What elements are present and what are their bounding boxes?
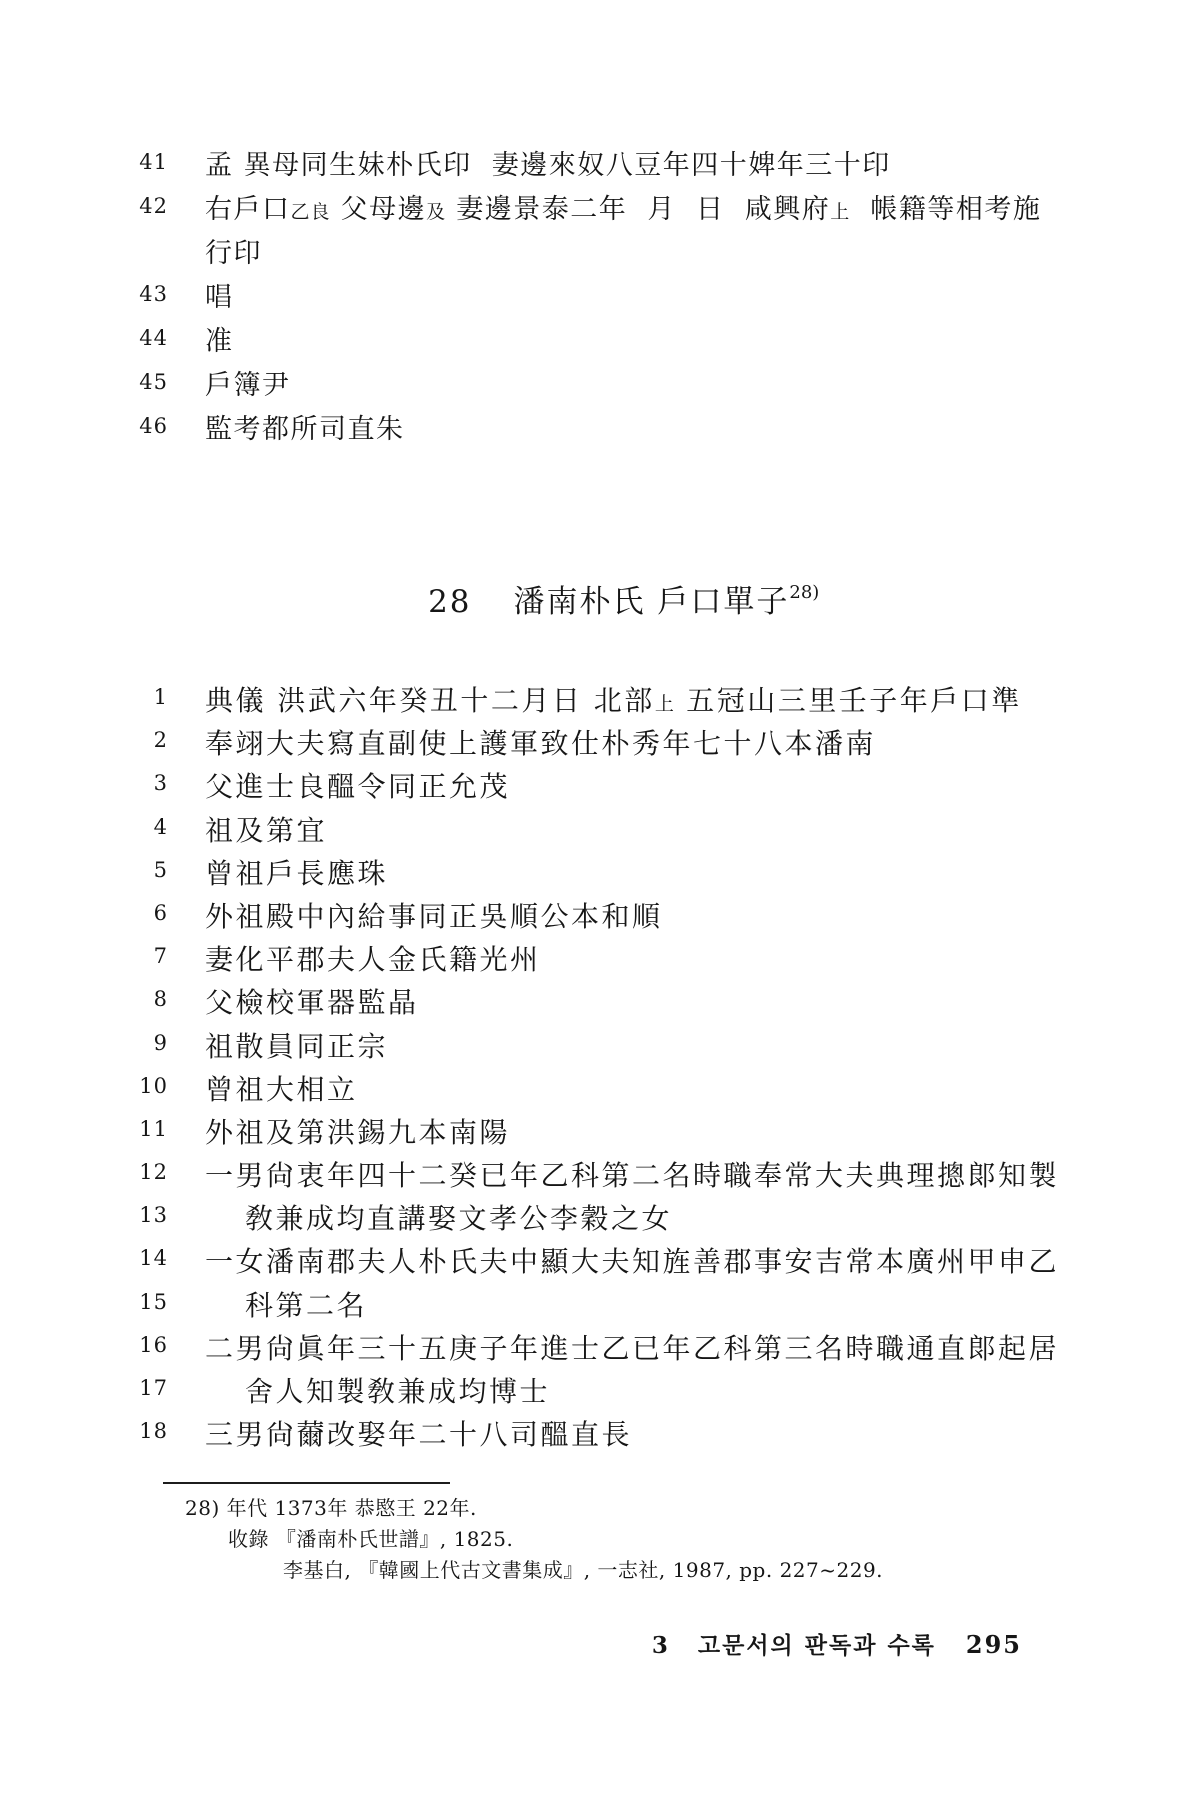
text-segment: 父進士良醞令同正允茂 xyxy=(205,770,510,803)
previous-document-transcription-block: 41孟 異母同生妹朴氏印 妻邊來奴八豆年四十婢年三十印42右戶口乙良 父母邊及 … xyxy=(0,146,1200,454)
line-text: 曾祖戶長應珠 xyxy=(205,854,1160,895)
line-text: 行印 xyxy=(205,234,1160,273)
text-segment: 科第二名 xyxy=(245,1289,367,1322)
transcription-line: 9祖散員同正宗 xyxy=(0,1027,1200,1070)
text-segment: 曾祖大相立 xyxy=(205,1073,358,1106)
line-text: 敎兼成均直講娶文孝公李穀之女 xyxy=(245,1199,1160,1240)
line-text: 祖及第宜 xyxy=(205,811,1160,852)
line-number: 14 xyxy=(128,1242,168,1276)
line-number: 15 xyxy=(128,1286,168,1320)
line-number: 17 xyxy=(128,1372,168,1406)
transcription-line: 45戶簿尹 xyxy=(0,366,1200,410)
text-segment: 奉翊大夫寫直副使上護軍致仕朴秀年七十八本潘南 xyxy=(205,727,876,760)
text-segment: 一女潘南郡夫人朴氏夫中顯大夫知旌善郡事安吉常本廣州甲申乙 xyxy=(205,1245,1059,1278)
line-text: 外祖殿中內給事同正吳順公本和順 xyxy=(205,897,1160,938)
text-segment: 右戶口 xyxy=(205,194,291,225)
line-text: 祖散員同正宗 xyxy=(205,1027,1160,1068)
transcription-line: 3父進士良醞令同正允茂 xyxy=(0,767,1200,810)
text-segment: 戶簿尹 xyxy=(205,370,291,401)
transcription-line: 12一男尙衷年四十二癸已年乙科第二名時職奉常大夫典理摠郞知製 xyxy=(0,1156,1200,1199)
footnote-text: 李基白, 『韓國上代古文書集成』, 一志社, 1987, pp. 227~229… xyxy=(283,1554,883,1583)
line-text: 典儀 洪武六年癸丑十二月日 北部上 五冠山三里壬子年戶口準 xyxy=(205,681,1160,722)
transcription-line: 16二男尙眞年三十五庚子年進士乙已年乙科第三名時職通直郞起居 xyxy=(0,1329,1200,1372)
text-segment: 曾祖戶長應珠 xyxy=(205,857,388,890)
line-text: 妻化平郡夫人金氏籍光州 xyxy=(205,940,1160,981)
line-text: 孟 異母同生妹朴氏印 妻邊來奴八豆年四十婢年三十印 xyxy=(205,146,1160,185)
line-text: 戶簿尹 xyxy=(205,366,1160,405)
text-segment: 父檢校軍器監晶 xyxy=(205,986,419,1019)
line-number: 46 xyxy=(128,410,168,444)
transcription-line: 18三男尙薾改娶年二十八司醞直長 xyxy=(0,1415,1200,1458)
line-number: 5 xyxy=(128,854,168,888)
line-text: 二男尙眞年三十五庚子年進士乙已年乙科第三名時職通直郞起居 xyxy=(205,1329,1160,1370)
text-segment: 祖散員同正宗 xyxy=(205,1030,388,1063)
line-text: 奉翊大夫寫直副使上護軍致仕朴秀年七十八本潘南 xyxy=(205,724,1160,765)
transcription-line: 14一女潘南郡夫人朴氏夫中顯大夫知旌善郡事安吉常本廣州甲申乙 xyxy=(0,1242,1200,1285)
line-number: 4 xyxy=(128,811,168,845)
document-number: 28 xyxy=(428,584,471,620)
footnote-line: 收錄 『潘南朴氏世譜』, 1825. xyxy=(0,1523,1200,1554)
text-segment: 帳籍等相考施 xyxy=(850,194,1041,225)
footnote-separator-rule xyxy=(163,1482,450,1484)
chapter-number: 3 xyxy=(652,1632,670,1659)
line-number: 41 xyxy=(128,146,168,180)
line-text: 三男尙薾改娶年二十八司醞直長 xyxy=(205,1415,1160,1456)
transcription-line: 4祖及第宜 xyxy=(0,811,1200,854)
transcription-line: 行印 xyxy=(0,234,1200,278)
text-segment: 妻邊景泰二年 月 日 咸興府 xyxy=(446,194,830,225)
line-text: 唱 xyxy=(205,278,1160,317)
line-text: 父檢校軍器監晶 xyxy=(205,983,1160,1024)
idu-small-gloss: 上 xyxy=(655,693,675,715)
line-number: 18 xyxy=(128,1415,168,1449)
transcription-line: 10曾祖大相立 xyxy=(0,1070,1200,1113)
text-segment: 五冠山三里壬子年戶口準 xyxy=(675,684,1022,717)
transcription-line: 15科第二名 xyxy=(0,1286,1200,1329)
document-transcription-block: 1典儀 洪武六年癸丑十二月日 北部上 五冠山三里壬子年戶口準2奉翊大夫寫直副使上… xyxy=(0,681,1200,1458)
footnote-text: 收錄 『潘南朴氏世譜』, 1825. xyxy=(228,1523,513,1552)
line-text: 一女潘南郡夫人朴氏夫中顯大夫知旌善郡事安吉常本廣州甲申乙 xyxy=(205,1242,1160,1283)
line-text: 右戶口乙良 父母邊及 妻邊景泰二年 月 日 咸興府上 帳籍等相考施 xyxy=(205,190,1160,229)
line-number: 12 xyxy=(128,1156,168,1190)
transcription-line: 17舍人知製敎兼成均博士 xyxy=(0,1372,1200,1415)
line-text: 監考都所司直朱 xyxy=(205,410,1160,449)
line-number: 13 xyxy=(128,1199,168,1233)
text-segment: 監考都所司直朱 xyxy=(205,414,405,445)
transcription-line: 7妻化平郡夫人金氏籍光州 xyxy=(0,940,1200,983)
line-text: 父進士良醞令同正允茂 xyxy=(205,767,1160,808)
line-number: 42 xyxy=(128,190,168,224)
text-segment: 外祖殿中內給事同正吳順公本和順 xyxy=(205,900,663,933)
line-text: 外祖及第洪錫九本南陽 xyxy=(205,1113,1160,1154)
idu-small-gloss: 乙良 xyxy=(291,201,331,223)
idu-small-gloss: 及 xyxy=(426,201,446,223)
footnote-line: 李基白, 『韓國上代古文書集成』, 一志社, 1987, pp. 227~229… xyxy=(0,1554,1200,1585)
line-text: 曾祖大相立 xyxy=(205,1070,1160,1111)
text-segment: 舍人知製敎兼成均博士 xyxy=(245,1375,550,1408)
page-number: 295 xyxy=(966,1630,1022,1659)
line-number: 7 xyxy=(128,940,168,974)
book-page: 41孟 異母同生妹朴氏印 妻邊來奴八豆年四十婢年三十印42右戶口乙良 父母邊及 … xyxy=(0,0,1200,1800)
text-segment: 二男尙眞年三十五庚子年進士乙已年乙科第三名時職通直郞起居 xyxy=(205,1332,1059,1365)
line-number: 9 xyxy=(128,1027,168,1061)
line-number: 10 xyxy=(128,1070,168,1104)
idu-small-gloss: 上 xyxy=(830,201,850,223)
line-text: 科第二名 xyxy=(245,1286,1160,1327)
line-number: 2 xyxy=(128,724,168,758)
footnote-reference-marker: 28) xyxy=(789,582,819,603)
line-text: 舍人知製敎兼成均博士 xyxy=(245,1372,1160,1413)
text-segment: 妻化平郡夫人金氏籍光州 xyxy=(205,943,541,976)
transcription-line: 46監考都所司直朱 xyxy=(0,410,1200,454)
line-number: 45 xyxy=(128,366,168,400)
transcription-line: 1典儀 洪武六年癸丑十二月日 北部上 五冠山三里壬子年戶口準 xyxy=(0,681,1200,724)
text-segment: 典儀 洪武六年癸丑十二月日 北部 xyxy=(205,684,655,717)
footnote-line: 28) 年代 1373年 恭愍王 22年. xyxy=(0,1492,1200,1523)
document-title-text: 潘南朴氏 戶口單子 xyxy=(514,584,790,620)
chapter-title: 고문서의 판독과 수록 xyxy=(698,1632,936,1659)
text-segment: 外祖及第洪錫九本南陽 xyxy=(205,1116,510,1149)
transcription-line: 8父檢校軍器監晶 xyxy=(0,983,1200,1026)
line-number: 8 xyxy=(128,983,168,1017)
line-number: 6 xyxy=(128,897,168,931)
transcription-line: 13敎兼成均直講娶文孝公李穀之女 xyxy=(0,1199,1200,1242)
text-segment: 父母邊 xyxy=(331,194,427,225)
page-footer: 3고문서의 판독과 수록295 xyxy=(612,1600,1022,1687)
text-segment: 准 xyxy=(205,326,234,357)
footnote-block: 28) 年代 1373年 恭愍王 22年.收錄 『潘南朴氏世譜』, 1825.李… xyxy=(0,1492,1200,1585)
line-text: 准 xyxy=(205,322,1160,361)
line-text: 一男尙衷年四十二癸已年乙科第二名時職奉常大夫典理摠郞知製 xyxy=(205,1156,1160,1197)
transcription-line: 44准 xyxy=(0,322,1200,366)
line-number: 44 xyxy=(128,322,168,356)
transcription-line: 41孟 異母同生妹朴氏印 妻邊來奴八豆年四十婢年三十印 xyxy=(0,146,1200,190)
text-segment: 敎兼成均直講娶文孝公李穀之女 xyxy=(245,1202,672,1235)
text-segment: 孟 異母同生妹朴氏印 妻邊來奴八豆年四十婢年三十印 xyxy=(205,150,891,181)
transcription-line: 42右戶口乙良 父母邊及 妻邊景泰二年 月 日 咸興府上 帳籍等相考施 xyxy=(0,190,1200,234)
line-number: 16 xyxy=(128,1329,168,1363)
footnote-text: 28) 年代 1373年 恭愍王 22年. xyxy=(185,1492,477,1521)
text-segment: 唱 xyxy=(205,282,234,313)
transcription-line: 5曾祖戶長應珠 xyxy=(0,854,1200,897)
transcription-line: 2奉翊大夫寫直副使上護軍致仕朴秀年七十八本潘南 xyxy=(0,724,1200,767)
transcription-line: 11外祖及第洪錫九本南陽 xyxy=(0,1113,1200,1156)
line-number: 43 xyxy=(128,278,168,312)
line-number: 11 xyxy=(128,1113,168,1147)
document-title: 28潘南朴氏 戶口單子28) xyxy=(0,540,1200,657)
transcription-line: 43唱 xyxy=(0,278,1200,322)
line-number: 3 xyxy=(128,767,168,801)
line-number: 1 xyxy=(128,681,168,715)
transcription-line: 6外祖殿中內給事同正吳順公本和順 xyxy=(0,897,1200,940)
text-segment: 行印 xyxy=(205,238,262,269)
text-segment: 祖及第宜 xyxy=(205,814,327,847)
text-segment: 三男尙薾改娶年二十八司醞直長 xyxy=(205,1418,632,1451)
text-segment: 一男尙衷年四十二癸已年乙科第二名時職奉常大夫典理摠郞知製 xyxy=(205,1159,1059,1192)
